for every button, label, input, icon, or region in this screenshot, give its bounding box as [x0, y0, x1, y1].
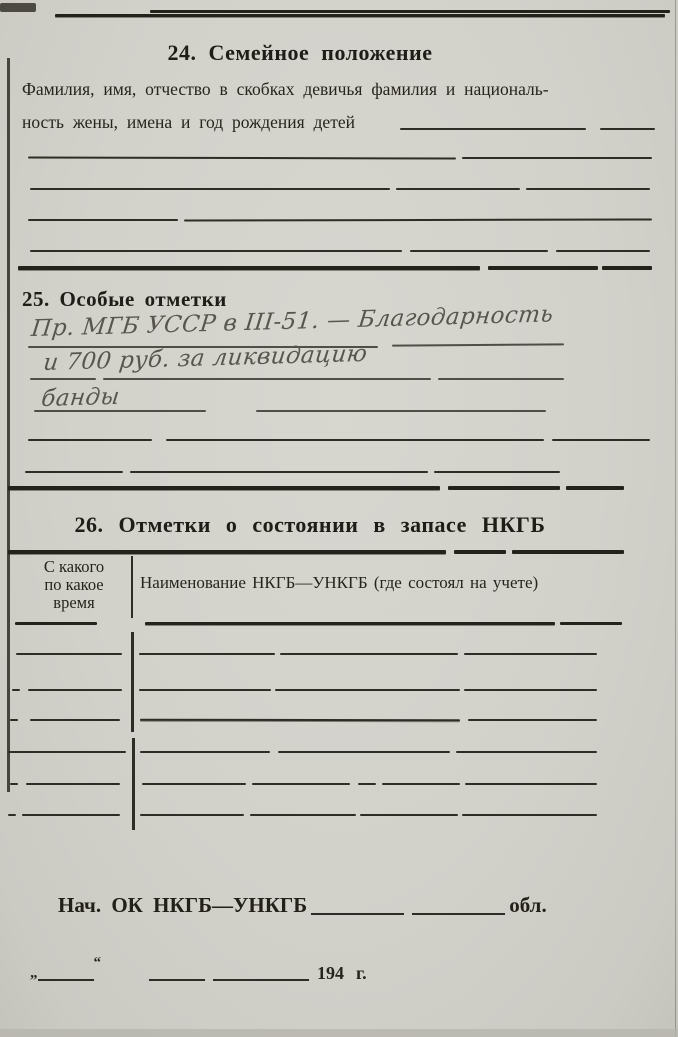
table-row-line — [360, 814, 458, 816]
table-row-line — [275, 689, 460, 691]
page-border-left — [7, 58, 10, 792]
table-row-line — [30, 719, 120, 721]
table-row-line — [10, 783, 18, 785]
ruled-line — [130, 471, 428, 473]
table-row-line — [280, 653, 458, 655]
section-divider-rule — [448, 486, 560, 490]
table-row-line — [8, 751, 126, 753]
section24-text-line1: Фамилия, имя, отчество в скобках девичья… — [22, 79, 549, 100]
table-row-line — [464, 653, 597, 655]
table-row-line — [250, 814, 356, 816]
handwritten-entry-line3: банды — [40, 384, 121, 412]
ruled-line — [392, 343, 564, 346]
ruled-line — [34, 410, 206, 412]
oblast-suffix: обл. — [509, 893, 547, 918]
year-suffix: г. — [356, 963, 367, 984]
column-divider — [131, 632, 134, 732]
signature-blank — [412, 913, 505, 915]
table-top-rule — [512, 550, 624, 554]
ruled-line — [256, 410, 546, 412]
column-divider — [132, 738, 135, 830]
table-row-line — [465, 783, 597, 785]
section-divider-rule — [8, 486, 440, 490]
scan-edge-bottom — [0, 1029, 678, 1037]
ruled-line — [30, 378, 96, 380]
section25-heading: 25. Особые отметки — [22, 287, 227, 312]
table-header-rule — [560, 622, 622, 625]
table-col1-header-line: С какого — [22, 558, 126, 576]
table-row-line — [140, 814, 244, 816]
table-row-line — [8, 814, 16, 816]
scanned-form-page: 24. Семейное положение Фамилия, имя, отч… — [0, 0, 678, 1037]
table-col1-header: С какого по какое время — [22, 558, 126, 612]
table-row-line — [142, 783, 246, 785]
table-row-line — [139, 689, 271, 691]
ruled-line — [556, 250, 650, 252]
ruled-line — [184, 219, 652, 222]
table-row-line — [140, 719, 460, 722]
ruled-line — [526, 188, 650, 190]
date-day-blank — [38, 979, 94, 981]
ruled-line — [30, 188, 390, 190]
table-row-line — [12, 689, 20, 691]
ruled-line — [28, 439, 152, 441]
table-top-rule — [8, 550, 446, 554]
signature-blank — [311, 913, 404, 915]
ruled-line — [410, 250, 548, 252]
signature-line: Нач. ОК НКГБ—УНКГБ обл. — [58, 893, 547, 918]
table-row-line — [456, 751, 597, 753]
ruled-line — [28, 156, 456, 159]
ruled-line — [434, 471, 560, 473]
date-month-blank — [149, 979, 205, 981]
table-col1-header-line: время — [22, 594, 126, 612]
table-row-line — [26, 783, 120, 785]
table-row-line — [28, 689, 122, 691]
column-divider — [131, 556, 133, 618]
table-row-line — [16, 653, 122, 655]
ruled-line — [462, 157, 652, 159]
table-row-line — [252, 783, 350, 785]
top-rule — [150, 10, 670, 13]
table-row-line — [468, 719, 597, 721]
ruled-line — [25, 471, 123, 473]
date-blank — [213, 979, 309, 981]
ruled-line — [103, 378, 431, 380]
table-row-line — [278, 751, 450, 753]
table-header-rule — [145, 622, 555, 625]
scan-edge-right — [675, 0, 676, 1037]
table-row-line — [22, 814, 120, 816]
ruled-line — [600, 128, 655, 130]
ruled-line — [30, 250, 402, 252]
ruled-line — [438, 378, 564, 380]
table-col2-header: Наименование НКГБ—УНКГБ (где состоял на … — [140, 573, 600, 593]
ruled-line — [400, 128, 586, 130]
table-row-line — [10, 719, 18, 721]
ruled-line — [396, 188, 520, 190]
table-row-line — [382, 783, 460, 785]
table-row-line — [462, 814, 597, 816]
section-divider-rule — [488, 266, 598, 270]
table-header-rule — [15, 622, 97, 625]
year-prefix: 194 — [317, 963, 344, 984]
ruled-line — [552, 439, 650, 441]
table-row-line — [140, 751, 270, 753]
table-row-line — [139, 653, 275, 655]
open-quote: „ — [30, 965, 38, 982]
signature-label: Нач. ОК НКГБ—УНКГБ — [58, 893, 307, 918]
ruled-line — [28, 219, 178, 221]
table-row-line — [358, 783, 376, 785]
date-line: „ “ 194 г. — [30, 963, 367, 984]
section24-heading: 24. Семейное положение — [20, 40, 580, 66]
table-row-line — [464, 689, 597, 691]
section26-heading: 26. Отметки о состоянии в запасе НКГБ — [10, 512, 610, 538]
table-top-rule — [454, 550, 506, 554]
table-col1-header-line: по какое — [22, 576, 126, 594]
ruled-line — [166, 439, 544, 441]
top-rule — [55, 14, 665, 17]
section-divider-rule — [566, 486, 624, 490]
section-divider-rule — [602, 266, 652, 270]
scan-blotch — [0, 3, 36, 12]
section24-text-line2: ность жены, имена и год рождения детей — [22, 112, 355, 133]
close-quote: “ — [94, 955, 102, 972]
section-divider-rule — [18, 266, 480, 270]
